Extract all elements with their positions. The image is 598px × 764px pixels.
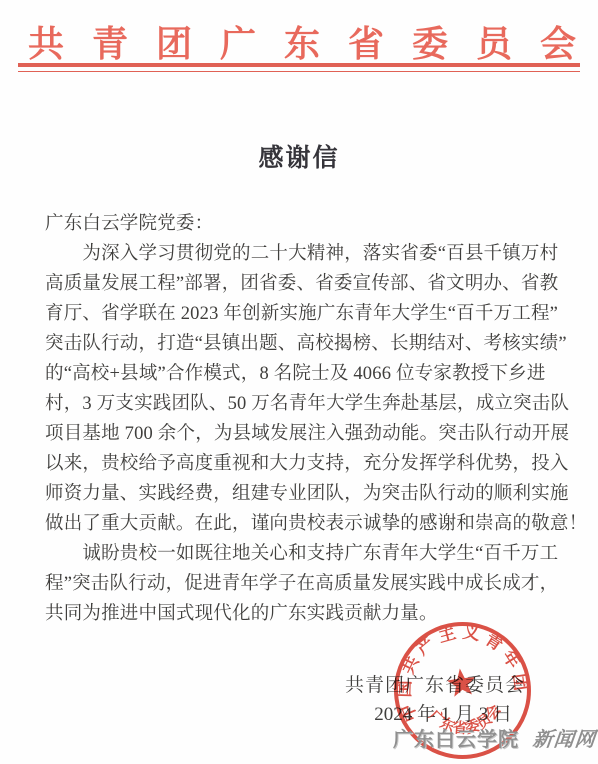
letter-page: 共青团广东省委员会 感谢信 广东白云学院党委： 为深入学习贯彻党的二十大精神，落… bbox=[0, 0, 598, 764]
letter-title: 感谢信 bbox=[0, 138, 598, 174]
signature-org: 共青团广东省委员会 bbox=[345, 670, 525, 697]
letterhead-org-name: 共青团广东省委员会 bbox=[0, 16, 598, 67]
body-line: 育厅、省学联在 2023 年创新实施广东青年大学生“百千万工程” bbox=[45, 299, 560, 329]
body-line: 诚盼贵校一如既往地关心和支持广东青年大学生“百千万工 bbox=[45, 539, 560, 569]
body-line: 共同为推进中国式现代化的广东实践贡献力量。 bbox=[45, 599, 560, 629]
watermark-suffix: 新闻网 bbox=[531, 723, 597, 752]
body-line: 项目基地 700 余个，为县域发展注入强劲动能。突击队行动开展 bbox=[45, 419, 560, 449]
body-line: 师资力量、实践经费，组建专业团队，为突击队行动的顺利实施 bbox=[45, 479, 560, 509]
body-line: 以来，贵校给予高度重视和大力支持，充分发挥学科优势，投入 bbox=[45, 449, 560, 479]
body-line: 的“高校+县域”合作模式，8 名院士及 4066 位专家教授下乡进 bbox=[45, 359, 560, 389]
body-line: 突击队行动，打造“县镇出题、高校揭榜、长期结对、考核实绩” bbox=[45, 329, 560, 359]
watermark: 广东白云学院 新闻网 bbox=[393, 723, 596, 752]
letterhead-divider bbox=[18, 63, 580, 72]
recipient-line: 广东白云学院党委： bbox=[45, 209, 560, 239]
letter-body: 广东白云学院党委： 为深入学习贯彻党的二十大精神，落实省委“百县千镇万村 高质量… bbox=[45, 209, 560, 629]
body-line: 程”突击队行动，促进青年学子在高质量发展实践中成长成才， bbox=[45, 569, 560, 599]
body-line: 为深入学习贯彻党的二十大精神，落实省委“百县千镇万村 bbox=[45, 239, 560, 269]
body-line: 高质量发展工程”部署，团省委、省委宣传部、省文明办、省教 bbox=[45, 269, 560, 299]
body-line: 做出了重大贡献。在此，谨向贵校表示诚挚的感谢和崇高的敬意！ bbox=[45, 509, 560, 539]
signature-date: 2024 年 1 月 3 日 bbox=[374, 699, 512, 726]
watermark-site-name: 广东白云学院 bbox=[393, 729, 519, 751]
body-line: 村，3 万支实践团队、50 万名青年大学生奔赴基层，成立突击队 bbox=[45, 389, 560, 419]
